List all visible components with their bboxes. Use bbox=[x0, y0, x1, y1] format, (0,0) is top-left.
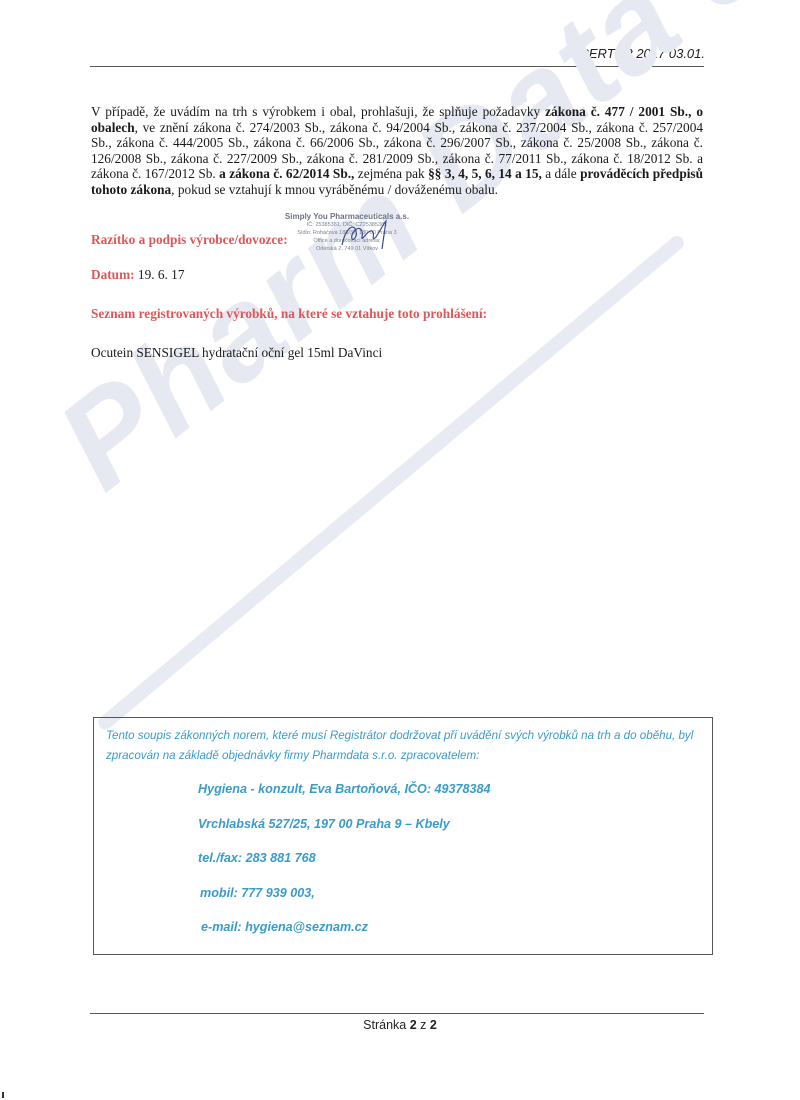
document-reference: CERT 02 2017 03.01. bbox=[0, 46, 705, 61]
page-label: Stránka bbox=[363, 1018, 406, 1032]
contact-address: Vrchlabská 527/25, 197 00 Praha 9 – Kbel… bbox=[198, 815, 491, 850]
page-number: Stránka 2 z 2 bbox=[0, 1018, 800, 1032]
contact-company: Hygiena - konzult, Eva Bartoňová, IČO: 4… bbox=[198, 780, 491, 815]
declaration-paragraph: V případě, že uvádím na trh s výrobkem i… bbox=[91, 104, 703, 197]
contact-mobile: mobil: 777 939 003, bbox=[198, 884, 491, 919]
date-row: Datum: 19. 6. 17 bbox=[91, 267, 703, 283]
page-current: 2 bbox=[410, 1018, 417, 1032]
contact-phone: tel./fax: 283 881 768 bbox=[198, 849, 491, 884]
stamp-label: Razítko a podpis výrobce/dovozce: bbox=[91, 232, 288, 247]
products-heading-row: Seznam registrovaných výrobků, na které … bbox=[91, 305, 703, 323]
date-value: 19. 6. 17 bbox=[138, 267, 185, 282]
declaration-text: V případě, že uvádím na trh s výrobkem i… bbox=[91, 104, 545, 119]
stamp-row: Razítko a podpis výrobce/dovozce: Simply… bbox=[91, 231, 703, 255]
signature-icon bbox=[336, 217, 396, 253]
product-item: Ocutein SENSIGEL hydratační oční gel 15m… bbox=[91, 345, 703, 361]
contact-lines: Hygiena - konzult, Eva Bartoňová, IČO: 4… bbox=[198, 780, 491, 953]
info-intro: Tento soupis zákonných norem, které musí… bbox=[106, 726, 702, 766]
document-body: V případě, že uvádím na trh s výrobkem i… bbox=[91, 104, 703, 361]
page-total: 2 bbox=[430, 1018, 437, 1032]
date-label: Datum: bbox=[91, 267, 135, 282]
contact-email: e-mail: hygiena@seznam.cz bbox=[198, 918, 491, 953]
scan-artifact bbox=[2, 1092, 4, 1098]
page-separator: z bbox=[420, 1018, 426, 1032]
declaration-emphasis: §§ 3, 4, 5, 6, 14 a 15, bbox=[428, 166, 542, 181]
processor-info-box: Tento soupis zákonných norem, které musí… bbox=[93, 717, 713, 955]
declaration-text: a dále bbox=[542, 166, 580, 181]
header-divider bbox=[90, 66, 704, 67]
footer-divider bbox=[90, 1013, 704, 1014]
declaration-text: , pokud se vztahují k mnou vyráběnému / … bbox=[171, 182, 498, 197]
declaration-text: zejména pak bbox=[354, 166, 428, 181]
declaration-emphasis: a zákona č. 62/2014 Sb., bbox=[219, 166, 354, 181]
products-heading: Seznam registrovaných výrobků, na které … bbox=[91, 306, 487, 321]
